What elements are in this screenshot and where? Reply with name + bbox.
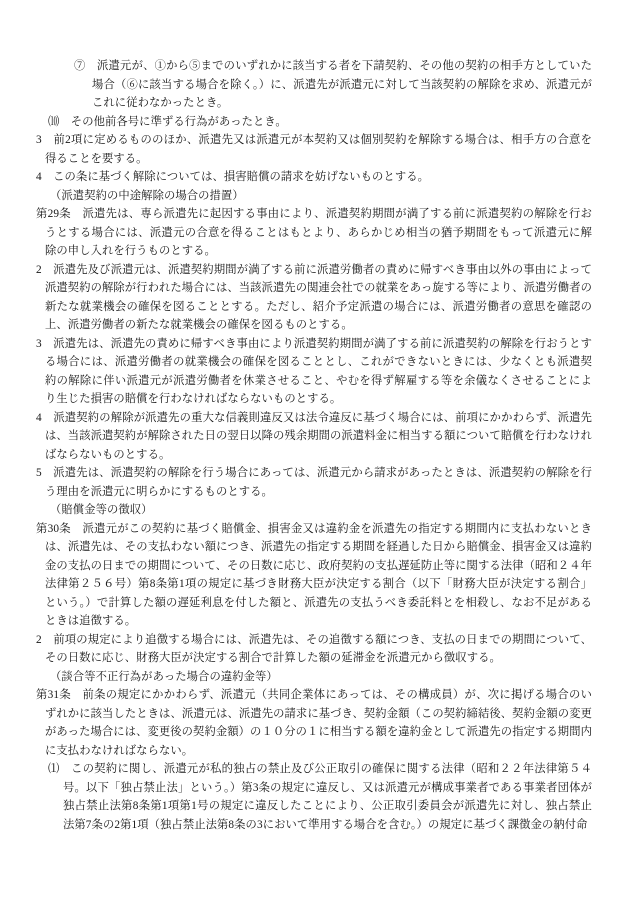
contract-clause-paragraph: 2 派遣先及び派遣元は、派遣契約期間が満了する前に派遣労働者の責めに帰すべき事由… xyxy=(36,261,592,335)
contract-clause-paragraph: 4 派遣契約の解除が派遣先の重大な信義則違反又は法令違反に基づく場合には、前項に… xyxy=(36,409,592,465)
contract-clause-paragraph: ⑦ 派遣元が、①から⑤までのいずれかに該当する者を下請契約、その他の契約の相手方… xyxy=(36,57,592,113)
contract-clause-paragraph: ⑽ その他前各号に準ずる行為があったとき。 xyxy=(36,113,592,132)
contract-clause-paragraph: 4 この条に基づく解除については、損害賠償の請求を妨げないものとする。 xyxy=(36,168,592,187)
contract-clause-paragraph: （派遣契約の中途解除の場合の措置） xyxy=(36,187,592,206)
contract-clause-paragraph: 2 前項の規定により追徴する場合には、派遣先は、その追徴する額につき、支払の日ま… xyxy=(36,631,592,668)
contract-clause-paragraph: 第30条 派遣元がこの契約に基づく賠償金、損害金又は違約金を派遣先の指定する期間… xyxy=(36,520,592,631)
contract-clause-paragraph: （談合等不正行為があった場合の違約金等） xyxy=(36,668,592,687)
contract-clause-paragraph: 3 前2項に定めるもののほか、派遣先又は派遣元が本契約又は個別契約を解除する場合… xyxy=(36,131,592,168)
contract-clause-paragraph: （賠償金等の徴収） xyxy=(36,501,592,520)
contract-clause-paragraph: 3 派遣先は、派遣先の責めに帰すべき事由により派遣契約期間が満了する前に派遣契約… xyxy=(36,335,592,409)
contract-clause-paragraph: ⑴ この契約に関し、派遣元が私的独占の禁止及び公正取引の確保に関する法律（昭和２… xyxy=(36,760,592,834)
contract-clause-paragraph: 5 派遣先は、派遣契約の解除を行う場合にあっては、派遣元から請求があったときは、… xyxy=(36,464,592,501)
contract-clause-paragraph: 第31条 前条の規定にかかわらず、派遣元（共同企業体にあっては、その構成員）が、… xyxy=(36,686,592,760)
document-page: ⑦ 派遣元が、①から⑤までのいずれかに該当する者を下請契約、その他の契約の相手方… xyxy=(0,0,630,903)
document-body: ⑦ 派遣元が、①から⑤までのいずれかに該当する者を下請契約、その他の契約の相手方… xyxy=(36,57,592,834)
contract-clause-paragraph: 第29条 派遣先は、専ら派遣先に起因する事由により、派遣契約期間が満了する前に派… xyxy=(36,205,592,261)
